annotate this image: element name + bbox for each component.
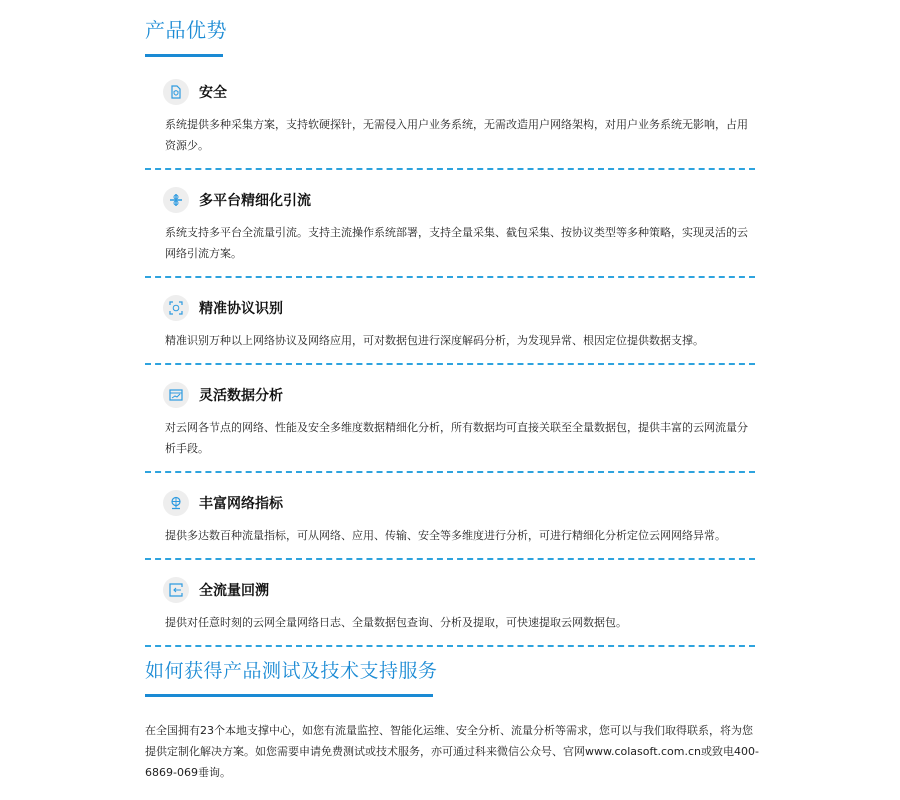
feature-head: 精准协议识别 — [163, 294, 755, 322]
feature-item-security: 安全 系统提供多种采集方案，支持软硬探针，无需侵入用户业务系统，无需改造用户网络… — [145, 78, 755, 170]
feature-title: 多平台精细化引流 — [199, 190, 311, 210]
title-underline — [145, 54, 223, 57]
feature-item-protocol-recognition: 精准协议识别 精准识别万种以上网络协议及网络应用，可对数据包进行深度解码分析，为… — [145, 294, 755, 365]
feature-desc: 系统提供多种采集方案，支持软硬探针，无需侵入用户业务系统，无需改造用户网络架构，… — [165, 114, 755, 156]
feature-title: 灵活数据分析 — [199, 385, 283, 405]
feature-item-data-analysis: 灵活数据分析 对云网各节点的网络、性能及安全多维度数据精细化分析，所有数据均可直… — [145, 381, 755, 473]
feature-head: 多平台精细化引流 — [163, 186, 755, 214]
section-title-advantages: 产品优势 — [145, 16, 227, 44]
multi-platform-icon — [163, 187, 189, 213]
scan-recognition-icon — [163, 295, 189, 321]
feature-desc: 系统支持多平台全流量引流。支持主流操作系统部署，支持全量采集、截包采集、按协议类… — [165, 222, 755, 264]
support-text: 在全国拥有23个本地支撑中心，如您有流量监控、智能化运维、安全分析、流量分析等需… — [145, 720, 760, 783]
feature-title: 全流量回溯 — [199, 580, 269, 600]
feature-title: 丰富网络指标 — [199, 493, 283, 513]
feature-desc: 提供多达数百种流量指标，可从网络、应用、传输、安全等多维度进行分析，可进行精细化… — [165, 525, 755, 546]
feature-title: 精准协议识别 — [199, 298, 283, 318]
backtrack-icon — [163, 577, 189, 603]
title-underline — [145, 694, 433, 697]
feature-item-multi-platform: 多平台精细化引流 系统支持多平台全流量引流。支持主流操作系统部署，支持全量采集、… — [145, 186, 755, 278]
feature-head: 全流量回溯 — [163, 576, 755, 604]
network-globe-icon — [163, 490, 189, 516]
feature-item-full-traffic-backtrack: 全流量回溯 提供对任意时刻的云网全量网络日志、全量数据包查询、分析及提取，可快速… — [145, 576, 755, 647]
feature-desc: 精准识别万种以上网络协议及网络应用，可对数据包进行深度解码分析，为发现异常、根因… — [165, 330, 755, 351]
advantages-list: 安全 系统提供多种采集方案，支持软硬探针，无需侵入用户业务系统，无需改造用户网络… — [145, 78, 755, 663]
feature-item-network-metrics: 丰富网络指标 提供多达数百种流量指标，可从网络、应用、传输、安全等多维度进行分析… — [145, 489, 755, 560]
section-title-support: 如何获得产品测试及技术支持服务 — [145, 657, 438, 685]
feature-desc: 对云网各节点的网络、性能及安全多维度数据精细化分析，所有数据均可直接关联至全量数… — [165, 417, 755, 459]
feature-head: 灵活数据分析 — [163, 381, 755, 409]
advantages-header: 产品优势 — [145, 16, 227, 57]
feature-head: 安全 — [163, 78, 755, 106]
shield-document-icon — [163, 79, 189, 105]
data-analysis-icon — [163, 382, 189, 408]
feature-head: 丰富网络指标 — [163, 489, 755, 517]
support-header: 如何获得产品测试及技术支持服务 — [145, 657, 438, 697]
feature-title: 安全 — [199, 82, 227, 102]
feature-desc: 提供对任意时刻的云网全量网络日志、全量数据包查询、分析及提取，可快速提取云网数据… — [165, 612, 755, 633]
